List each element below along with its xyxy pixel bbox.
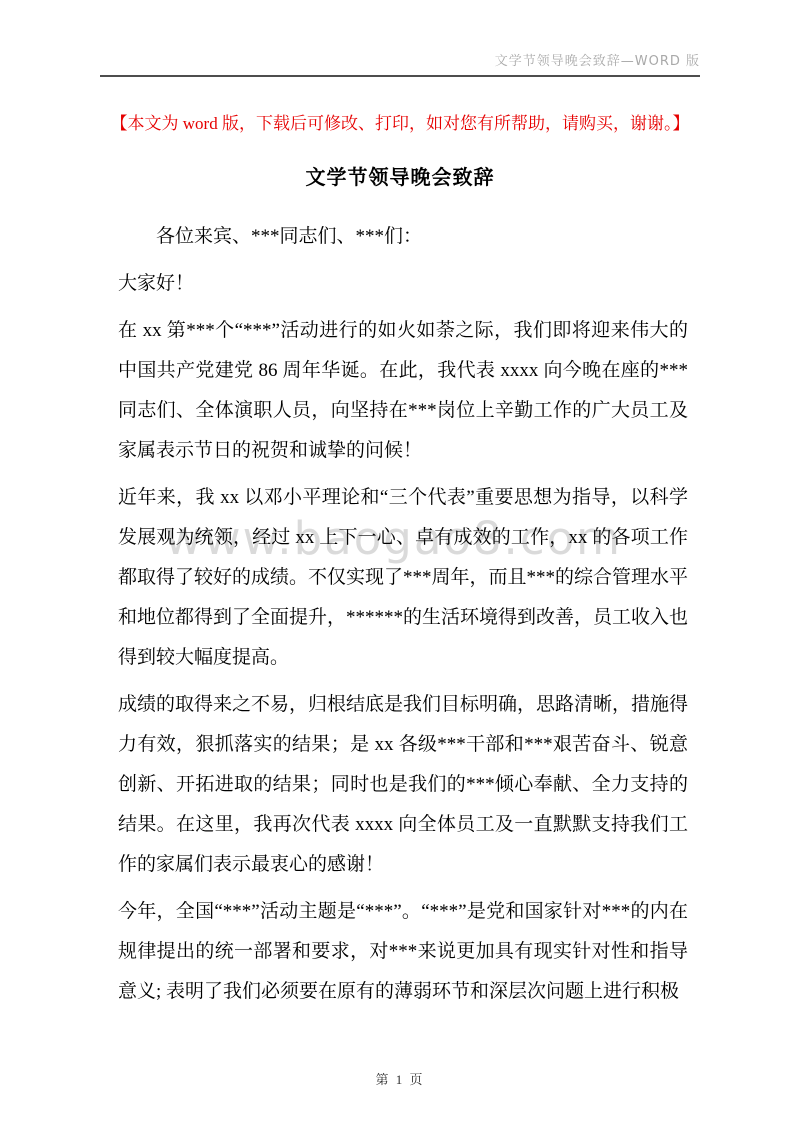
paragraph: 在 xx 第***个“***”活动进行的如火如荼之际，我们即将迎来伟大的中国共产… bbox=[118, 311, 688, 471]
page-number: 第 1 页 bbox=[0, 1069, 800, 1088]
paragraph-salutation: 各位来宾、***同志们、***们： bbox=[118, 217, 688, 257]
running-title: 文学节领导晚会致辞—WORD 版 bbox=[100, 50, 700, 69]
paragraph: 成绩的取得来之不易，归根结底是我们目标明确，思路清晰，措施得力有效，狠抓落实的结… bbox=[118, 685, 688, 885]
purchase-notice: 【本文为 word 版，下载后可修改、打印，如对您有所帮助，请购买，谢谢。】 bbox=[0, 111, 800, 137]
document-body: 各位来宾、***同志们、***们： 大家好！ 在 xx 第***个“***”活动… bbox=[118, 217, 688, 1012]
paragraph-greeting: 大家好！ bbox=[118, 264, 688, 304]
paragraph: 近年来，我 xx 以邓小平理论和“三个代表”重要思想为指导，以科学发展观为统领，… bbox=[118, 478, 688, 678]
paragraph: 今年，全国“***”活动主题是“***”。“***”是党和国家针对***的内在规… bbox=[118, 892, 688, 1012]
document-title: 文学节领导晚会致辞 bbox=[0, 165, 800, 191]
document-page: www.baogao8.com 文学节领导晚会致辞—WORD 版 【本文为 wo… bbox=[0, 0, 800, 1132]
header-rule bbox=[100, 75, 700, 77]
page-header: 文学节领导晚会致辞—WORD 版 bbox=[100, 0, 700, 77]
